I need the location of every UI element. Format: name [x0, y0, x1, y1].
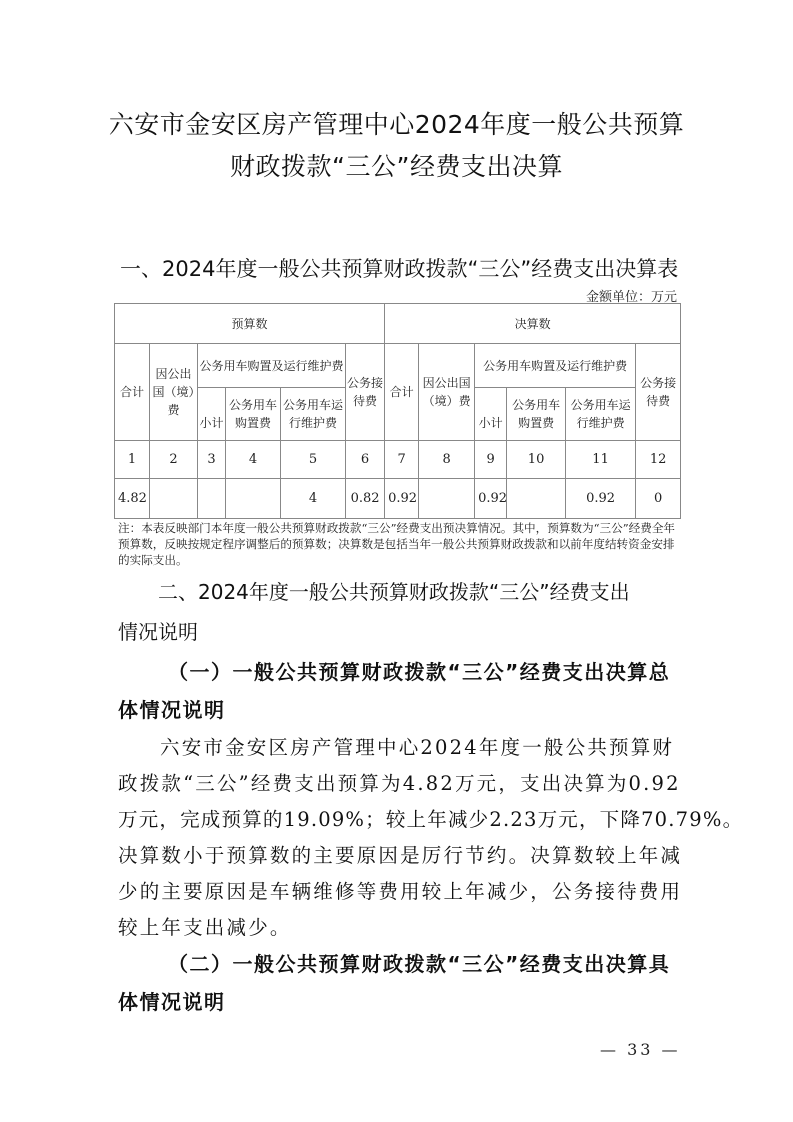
budget-reception-header: 公务接待费 [346, 344, 385, 441]
final-vehicle-group-header: 公务用车购置及运行维护费 [475, 344, 636, 388]
data-row: 4.82 4 0.82 0.92 0.92 0.92 0 [115, 479, 681, 519]
index-row: 1 2 3 4 5 6 7 8 9 10 11 12 [115, 441, 681, 479]
paragraph-line-4: 决算数小于预算数的主要原因是厉行节约。决算数较上年减 [118, 838, 688, 874]
index-cell: 9 [475, 441, 507, 479]
data-cell-final-vehicle-operation: 0.92 [566, 479, 636, 519]
index-cell: 5 [281, 441, 346, 479]
budget-overseas-header: 因公出国（境）费 [150, 344, 198, 441]
paragraph-line-6: 较上年支出减少。 [118, 910, 688, 946]
budget-subtotal-header: 小计 [198, 388, 226, 441]
index-cell: 7 [385, 441, 419, 479]
section-2-heading-line-2: 情况说明 [118, 616, 198, 645]
index-cell: 3 [198, 441, 226, 479]
paragraph-line-5: 少的主要原因是车辆维修等费用较上年减少，公务接待费用 [118, 874, 688, 910]
data-cell-final-total: 0.92 [385, 479, 419, 519]
paragraph-line-1: 六安市金安区房产管理中心2024年度一般公共预算财 [160, 730, 730, 766]
data-cell-budget-reception: 0.82 [346, 479, 385, 519]
final-total-header: 合计 [385, 344, 419, 441]
index-cell: 12 [636, 441, 681, 479]
data-cell-budget-vehicle-operation: 4 [281, 479, 346, 519]
final-group-header: 决算数 [385, 304, 681, 344]
budget-vehicle-group-header: 公务用车购置及运行维护费 [198, 344, 346, 388]
data-cell-final-subtotal: 0.92 [475, 479, 507, 519]
index-cell: 6 [346, 441, 385, 479]
document-title-line-1: 六安市金安区房产管理中心2024年度一般公共预算 [0, 105, 793, 141]
index-cell: 4 [226, 441, 281, 479]
index-cell: 2 [150, 441, 198, 479]
data-cell-budget-total: 4.82 [115, 479, 150, 519]
table-note: 注：本表反映部门本年度一般公共预算财政拨款“三公”经费支出预决算情况。其中，预算… [118, 520, 680, 568]
three-public-expenses-table: 预算数 决算数 合计 因公出国（境）费 公务用车购置及运行维护费 公务接待费 合… [114, 303, 681, 519]
data-cell-budget-overseas [150, 479, 198, 519]
section-2-heading-line-1: 二、2024年度一般公共预算财政拨款“三公”经费支出 [158, 576, 630, 605]
final-vehicle-purchase-header: 公务用车购置费 [507, 388, 566, 441]
paragraph-line-2: 政拨款“三公”经费支出预算为4.82万元，支出决算为0.92 [118, 766, 688, 802]
final-vehicle-operation-header: 公务用车运行维护费 [566, 388, 636, 441]
budget-vehicle-purchase-header: 公务用车购置费 [226, 388, 281, 441]
budget-group-header: 预算数 [115, 304, 385, 344]
data-cell-final-vehicle-purchase [507, 479, 566, 519]
data-cell-final-overseas [419, 479, 475, 519]
paragraph-line-3: 万元，完成预算的19.09%；较上年减少2.23万元，下降70.79%。 [118, 802, 688, 838]
index-cell: 1 [115, 441, 150, 479]
budget-total-header: 合计 [115, 344, 150, 441]
data-cell-final-reception: 0 [636, 479, 681, 519]
index-cell: 11 [566, 441, 636, 479]
final-reception-header: 公务接待费 [636, 344, 681, 441]
document-title-line-2: 财政拨款“三公”经费支出决算 [0, 147, 793, 183]
subsection-2-heading-line-2: 体情况说明 [118, 986, 226, 1015]
subsection-1-heading-line-1: （一）一般公共预算财政拨款“三公”经费支出决算总 [168, 656, 670, 685]
page-number: — 33 — [600, 1040, 681, 1059]
final-subtotal-header: 小计 [475, 388, 507, 441]
subsection-2-heading-line-1: （二）一般公共预算财政拨款“三公”经费支出决算具 [168, 948, 670, 977]
final-overseas-header: 因公出国（境）费 [419, 344, 475, 441]
section-1-heading: 一、2024年度一般公共预算财政拨款“三公”经费支出决算表 [120, 253, 678, 283]
data-cell-budget-subtotal [198, 479, 226, 519]
budget-vehicle-operation-header: 公务用车运行维护费 [281, 388, 346, 441]
data-cell-budget-vehicle-purchase [226, 479, 281, 519]
index-cell: 10 [507, 441, 566, 479]
index-cell: 8 [419, 441, 475, 479]
subsection-1-heading-line-2: 体情况说明 [118, 694, 226, 723]
